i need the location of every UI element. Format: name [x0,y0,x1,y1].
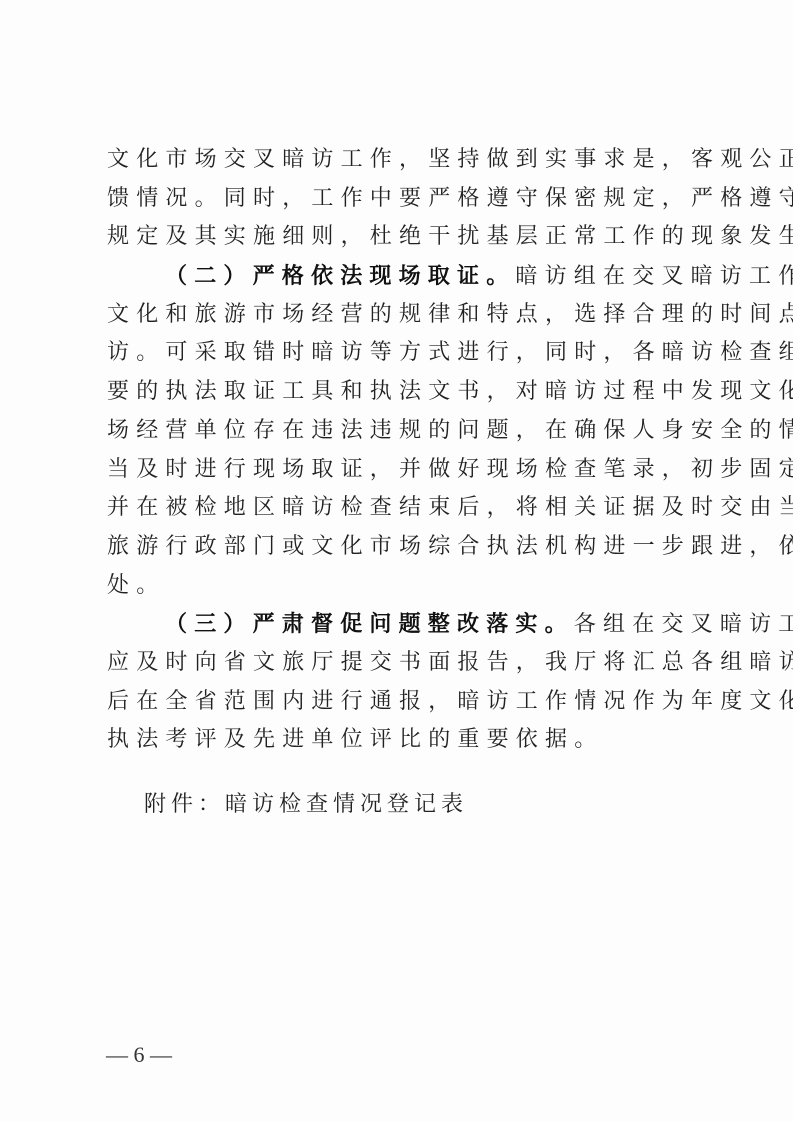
text-line: 执法考评及先进单位评比的重要依据。 [107,721,697,760]
text-line: 处。 [107,567,697,606]
text-line: 旅游行政部门或文化市场综合执法机构进一步跟进，依法依规查 [107,528,697,567]
section-3-first-line: （三）严肃督促问题整改落实。各组在交叉暗访工作结束后， [107,605,697,644]
text-line: 访。可采取错时暗访等方式进行，同时，各暗访检查组应配带必 [107,334,697,373]
page-number: — 6 — [106,1040,172,1070]
text-line: 场经营单位存在违法违规的问题，在确保人身安全的情况下，应 [107,412,697,451]
text-line: 后在全省范围内进行通报，暗访工作情况作为年度文化市场综合 [107,683,697,722]
text-line: 馈情况。同时，工作中要严格遵守保密规定，严格遵守中央八项 [107,180,697,219]
attachment-note: 附件：暗访检查情况登记表 [144,786,468,824]
section-2-heading: （二）严格依法现场取证。 [165,263,515,289]
document-body: 文化市场交叉暗访工作，坚持做到实事求是，客观公正，如实反 馈情况。同时，工作中要… [107,141,697,760]
text-line: 并在被检地区暗访检查结束后，将相关证据及时交由当地文化和 [107,489,697,528]
section-3-first-line-text: 各组在交叉暗访工作结束后， [574,612,793,637]
text-line: 要的执法取证工具和执法文书，对暗访过程中发现文化和旅游市 [107,373,697,412]
text-line: 文化和旅游市场经营的规律和特点，选择合理的时间点进行暗 [107,296,697,335]
text-line: 文化市场交叉暗访工作，坚持做到实事求是，客观公正，如实反 [107,141,697,180]
document-page: 文化市场交叉暗访工作，坚持做到实事求是，客观公正，如实反 馈情况。同时，工作中要… [0,0,793,1121]
text-line: 当及时进行现场取证，并做好现场检查笔录，初步固定违法证据， [107,451,697,490]
text-line: 规定及其实施细则，杜绝干扰基层正常工作的现象发生。 [107,218,697,257]
text-line: 应及时向省文旅厅提交书面报告，我厅将汇总各组暗访检查情况 [107,644,697,683]
section-2-first-line-text: 暗访组在交叉暗访工作中，应根据 [515,264,793,289]
section-2-first-line: （二）严格依法现场取证。暗访组在交叉暗访工作中，应根据 [107,257,697,296]
section-3-heading: （三）严肃督促问题整改落实。 [165,611,574,637]
